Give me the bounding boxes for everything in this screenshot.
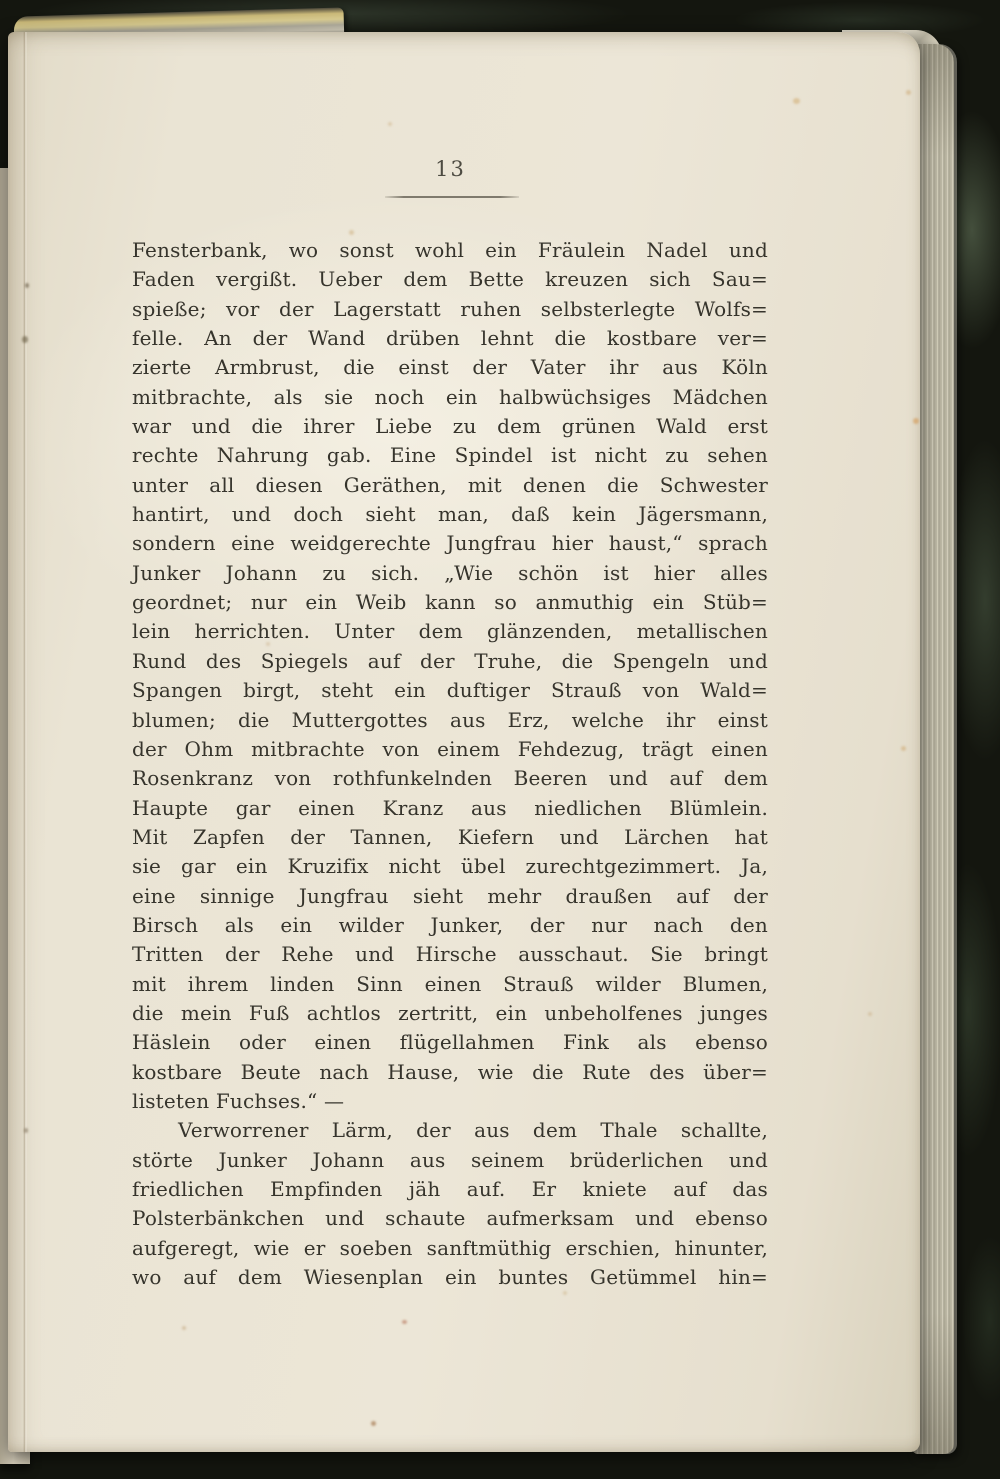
text-line: der Ohm mitbrachte von einem Fehdezug, t… (132, 735, 768, 764)
text-line: aufgeregt, wie er soeben sanftmüthig ers… (132, 1234, 768, 1263)
text-line: hantirt, und doch sieht man, daß kein Jä… (132, 500, 768, 529)
text-line: Rosenkranz von rothfunkelnden Beeren und… (132, 764, 768, 793)
page-number: 13 (133, 157, 768, 181)
page-text: Fensterbank, wo sonst wohl ein Fräulein … (132, 236, 768, 1292)
foxing-spot (22, 336, 28, 343)
foxing-spot (266, 642, 270, 646)
text-line: Birsch als ein wilder Junker, der nur na… (132, 911, 768, 940)
text-line: störte Junker Johann aus seinem brüderli… (132, 1146, 768, 1175)
foxing-spot (182, 1326, 186, 1330)
text-line: Mit Zapfen der Tannen, Kiefern und Lärch… (132, 823, 768, 852)
text-line: war und die ihrer Liebe zu dem grünen Wa… (132, 412, 768, 441)
text-line: unter all diesen Geräthen, mit denen die… (132, 471, 768, 500)
text-line: listeten Fuchses.“ — (132, 1087, 768, 1116)
text-line: Junker Johann zu sich. „Wie schön ist hi… (132, 559, 768, 588)
text-line: Polsterbänkchen und schaute aufmerksam u… (132, 1204, 768, 1233)
foxing-spot (402, 1320, 407, 1324)
foxing-spot (913, 418, 919, 424)
foxing-spot (24, 1128, 28, 1133)
text-line: Rund des Spiegels auf der Truhe, die Spe… (132, 647, 768, 676)
text-line: mitbrachte, als sie noch ein halbwüchsig… (132, 383, 768, 412)
text-line: mit ihrem linden Sinn einen Strauß wilde… (132, 970, 768, 999)
text-line: geordnet; nur ein Weib kann so anmuthig … (132, 588, 768, 617)
text-line: lein herrichten. Unter dem glänzenden, m… (132, 617, 768, 646)
text-line: Fensterbank, wo sonst wohl ein Fräulein … (132, 236, 768, 265)
text-line: friedlichen Empfinden jäh auf. Er kniete… (132, 1175, 768, 1204)
text-line: Häslein oder einen flügellahmen Fink als… (132, 1028, 768, 1057)
foxing-spot (793, 98, 800, 104)
text-line: eine sinnige Jungfrau sieht mehr draußen… (132, 882, 768, 911)
text-line: felle. An der Wand drüben lehnt die kost… (132, 324, 768, 353)
foxing-spot (901, 746, 906, 751)
text-line: Haupte gar einen Kranz aus niedlichen Bl… (132, 794, 768, 823)
foxing-spot (906, 90, 911, 95)
text-line: Faden vergißt. Ueber dem Bette kreuzen s… (132, 265, 768, 294)
foxing-spot (25, 283, 29, 288)
foxing-spot (349, 230, 354, 235)
text-line: Verworrener Lärm, der aus dem Thale scha… (132, 1116, 768, 1145)
text-line: sie gar ein Kruzifix nicht übel zurechtg… (132, 852, 768, 881)
text-line: kostbare Beute nach Hause, wie die Rute … (132, 1058, 768, 1087)
text-line: sondern eine weidgerechte Jungfrau hier … (132, 529, 768, 558)
foxing-spot (868, 1012, 872, 1016)
text-line: Tritten der Rehe und Hirsche ausschaut. … (132, 940, 768, 969)
foxing-spot (388, 122, 392, 126)
book-photo: 13 Fensterbank, wo sonst wohl ein Fräule… (0, 0, 1000, 1479)
text-line: spieße; vor der Lagerstatt ruhen selbste… (132, 295, 768, 324)
page-number-rule (385, 196, 519, 198)
text-line: zierte Armbrust, die einst der Vater ihr… (132, 353, 768, 382)
text-line: wo auf dem Wiesenplan ein buntes Getümme… (132, 1263, 768, 1292)
text-line: rechte Nahrung gab. Eine Spindel ist nic… (132, 441, 768, 470)
text-line: die mein Fuß achtlos zertritt, ein unbeh… (132, 999, 768, 1028)
text-line: blumen; die Muttergottes aus Erz, welche… (132, 706, 768, 735)
foxing-spot (371, 1421, 376, 1426)
text-line: Spangen birgt, steht ein duftiger Strauß… (132, 676, 768, 705)
foxing-spot (563, 1291, 567, 1295)
